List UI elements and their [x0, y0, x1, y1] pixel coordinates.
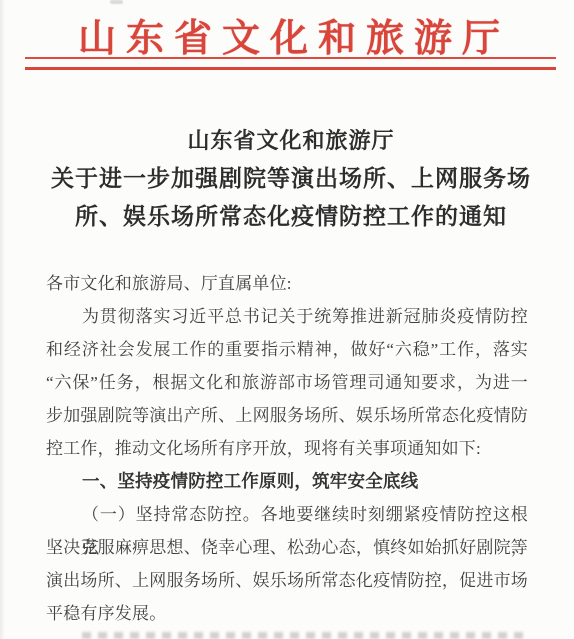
- body-line: 坚决克服麻痹思想、侥幸心理、松劲心态，慎终如始抓好剧院等: [46, 531, 528, 564]
- body-line: 步加强剧院等演出产所、上网服务场所、娱乐场所常态化疫情防: [46, 399, 528, 432]
- scan-smudge-artifact: [110, 0, 123, 4]
- body-line: 平稳有序发展。: [46, 597, 528, 630]
- section-heading: 一、坚持疫情防控工作原则，筑牢安全底线: [46, 465, 528, 498]
- body-line: （一）坚持常态防控。各地要继续时刻绷紧疫情防控这根弦，: [46, 498, 528, 531]
- document-title-line-2: 关于进一步加强剧院等演出场所、上网服务场: [30, 160, 552, 198]
- document-title-line-1: 山东省文化和旅游厅: [30, 122, 552, 160]
- body-line: 控工作，推动文化场所有序开放，现将有关事项通知如下:: [46, 432, 528, 465]
- body-line: 为贯彻落实习近平总书记关于统筹推进新冠肺炎疫情防控: [46, 300, 528, 333]
- salutation: 各市文化和旅游局、厅直属单位:: [46, 267, 528, 300]
- scan-edge-artifact: [0, 0, 5, 639]
- letterhead-double-rule: [25, 57, 556, 70]
- document-body: 各市文化和旅游局、厅直属单位: 为贯彻落实习近平总书记关于统筹推进新冠肺炎疫情防…: [46, 267, 528, 630]
- body-line: 和经济社会发展工作的重要指示精神，做好“六稳”工作，落实: [46, 333, 528, 366]
- body-line: 演出场所、上网服务场所、娱乐场所常态化疫情防控，促进市场: [46, 564, 528, 597]
- scanned-document-page: 山东省文化和旅游厅 山东省文化和旅游厅 关于进一步加强剧院等演出场所、上网服务场…: [0, 0, 574, 639]
- letterhead-org-name: 山东省文化和旅游厅: [0, 7, 574, 62]
- body-line: “六保”任务，根据文化和旅游部市场管理司通知要求，为进一: [46, 366, 528, 399]
- document-title-line-3: 所、娱乐场所常态化疫情防控工作的通知: [30, 198, 552, 236]
- cutoff-text-artifact: [82, 632, 526, 639]
- document-title: 山东省文化和旅游厅 关于进一步加强剧院等演出场所、上网服务场 所、娱乐场所常态化…: [30, 122, 552, 236]
